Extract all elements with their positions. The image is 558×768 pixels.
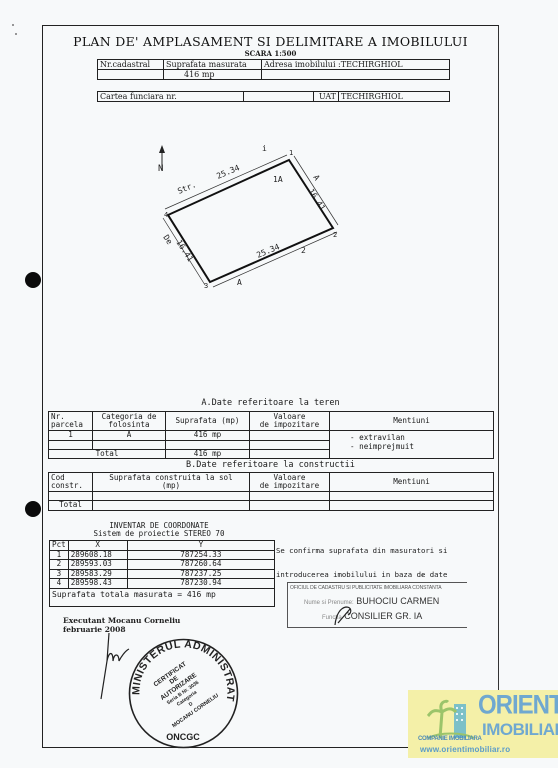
svg-text:25.34: 25.34: [215, 163, 241, 181]
cadastral-label: Nr.cadastral: [98, 60, 164, 70]
section-a-title: A.Date referitoare la teren: [43, 398, 498, 408]
total-surface-row: Suprafata totala masurata = 416 mp: [50, 588, 275, 606]
section-b-table: Cod constr. Suprafata construita la sol …: [48, 472, 494, 511]
header-parcela: Nr. parcela: [49, 412, 93, 431]
svg-text:De: De: [161, 233, 174, 246]
punch-hole-bottom: [25, 501, 41, 517]
table-row: 2289593.03787260.64: [50, 560, 275, 570]
header-valoare: Valoare de impozitare: [250, 473, 330, 492]
header-categoria: Categoria de folosinta: [93, 412, 166, 431]
scan-speck: [15, 33, 17, 35]
ocpi-stamp: OFICIUL DE CADASTRU SI PUBLICITATE IMOBI…: [287, 582, 467, 628]
svg-text:3: 3: [204, 282, 208, 290]
uat-label: UAT: [314, 92, 339, 102]
svg-text:D: D: [188, 701, 195, 708]
document-frame: PLAN DE' AMPLASAMENT SI DELIMITARE A IMO…: [42, 25, 499, 748]
header-suprafata-constr: Suprafata construita la sol (mp): [93, 473, 250, 492]
svg-text:2: 2: [333, 231, 337, 239]
svg-text:16.41: 16.41: [174, 238, 195, 263]
surface-label: Suprafata masurata: [164, 60, 262, 70]
signature-icon: [332, 603, 356, 627]
header-valoare: Valoare de impozitare: [250, 412, 330, 431]
svg-text:N: N: [158, 164, 163, 174]
cadastral-table: Nr.cadastral Suprafata masurata Adresa i…: [97, 59, 450, 80]
section-a-table: Nr. parcela Categoria de folosinta Supra…: [48, 411, 494, 459]
header-suprafata: Suprafata (mp): [166, 412, 250, 431]
document-scale: SCARA 1:500: [43, 49, 498, 58]
svg-text:2: 2: [301, 246, 306, 255]
total-row: Total: [49, 501, 494, 511]
svg-text:A: A: [311, 173, 321, 182]
coordinates-table: Pct X Y 1289608.18787254.33 2289593.0378…: [49, 540, 275, 607]
north-arrow-icon: N: [158, 145, 165, 174]
table-row: 4289598.43787230.94: [50, 579, 275, 589]
table-row: [49, 492, 494, 501]
parcel-plan: N 25.34 Str. i 1A A 16.41 25.34 2 A De 1…: [151, 143, 361, 328]
mentiuni-cell: - extravilan - neimprejmuit: [330, 431, 494, 459]
address-value: [262, 70, 450, 80]
orient-imobiliar-logo: ORIENT IMOBILIAR COMPANIE IMOBILIARA www…: [408, 690, 558, 758]
header-cod: Cod constr.: [49, 473, 93, 492]
section-b-title: B.Date referitoare la constructii: [43, 460, 498, 470]
svg-text:1A: 1A: [273, 175, 283, 184]
carte-label: Cartea funciara nr.: [98, 92, 244, 102]
document-title: PLAN DE' AMPLASAMENT SI DELIMITARE A IMO…: [43, 34, 498, 49]
signer-name: BUHOCIU CARMEN: [356, 596, 439, 606]
scan-speck: [12, 24, 14, 26]
svg-text:1: 1: [289, 149, 293, 157]
punch-hole-top: [25, 272, 41, 288]
table-row: 1 A 416 mp - extravilan - neimprejmuit: [49, 431, 494, 441]
svg-text:ONCGC: ONCGC: [166, 732, 200, 742]
svg-text:A: A: [237, 278, 242, 287]
address-label: Adresa imobilului :TECHIRGHIOL: [262, 60, 450, 70]
palm-tree-icon: [426, 698, 476, 740]
confirmation-dash: -: [420, 571, 425, 580]
carte-value: [244, 92, 314, 102]
svg-text:16.41: 16.41: [306, 187, 327, 212]
carte-funciara-table: Cartea funciara nr. UAT TECHIRGHIOL: [97, 91, 450, 102]
surface-value: 416 mp: [164, 70, 262, 80]
authorization-stamp: MINISTERUL ADMINISTRATIEI PUBLICE ONCGC …: [126, 636, 241, 751]
svg-text:4: 4: [164, 211, 168, 219]
header-mentiuni: Mentiuni: [330, 473, 494, 492]
cadastral-value: [98, 70, 164, 80]
header-mentiuni: Mentiuni: [330, 412, 494, 431]
svg-text:i: i: [262, 144, 267, 153]
uat-value: TECHIRGHIOL: [339, 92, 450, 102]
svg-text:Str.: Str.: [176, 180, 197, 196]
inventory-title: INVENTAR DE COORDONATE Sistem de proiect…: [49, 522, 269, 538]
